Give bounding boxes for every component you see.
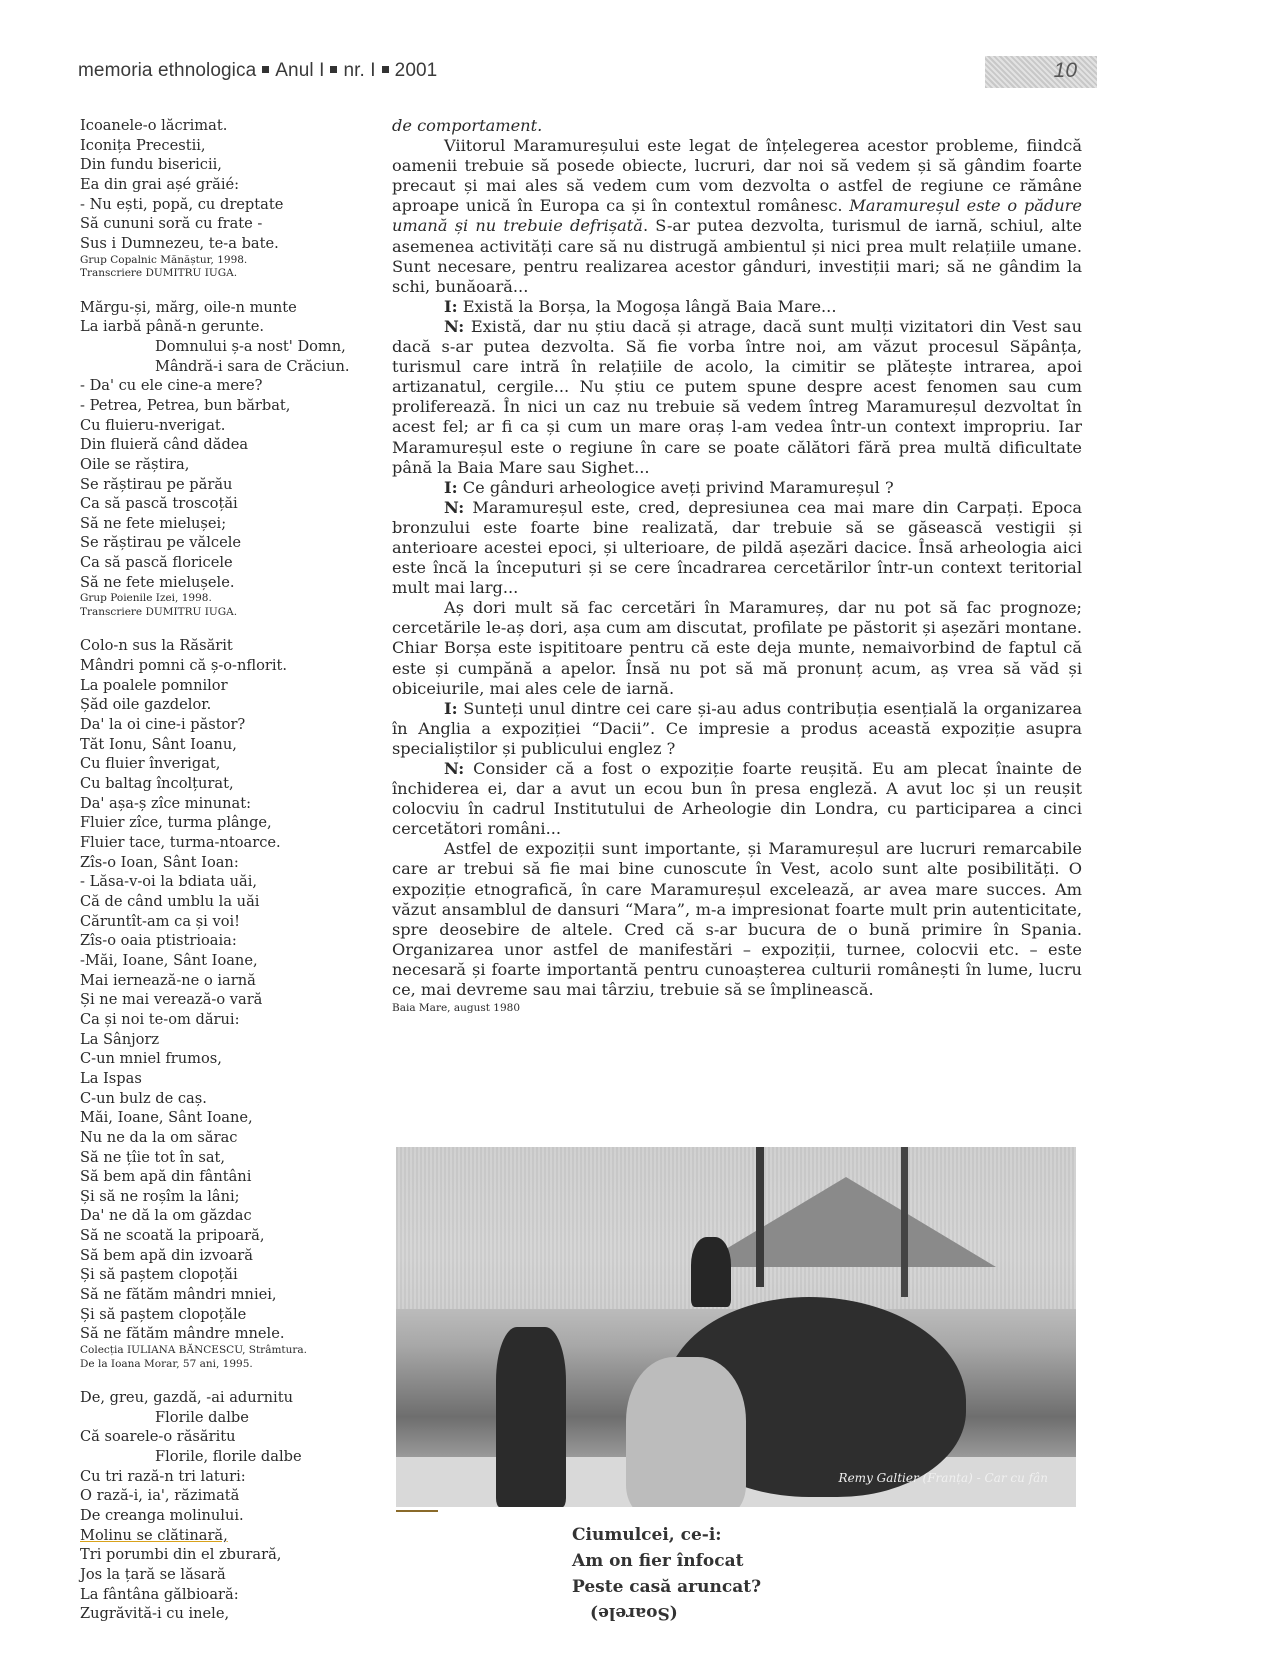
- poem-line: Zîs-o Ioan, Sânt Ioan:: [80, 853, 370, 873]
- house-roof-shape: [696, 1177, 996, 1267]
- interviewer-question: I: Există la Borșa, la Mogoșa lângă Baia…: [392, 297, 1082, 317]
- poem-line: Să ne fătăm mândri mniei,: [80, 1285, 370, 1305]
- running-header: memoria ethnologicaAnul Inr. I2001: [78, 60, 437, 82]
- interviewee-answer: N: Consider că a fost o expoziție foarte…: [392, 759, 1082, 839]
- poem-line: Mărgu-și, mărg, oile-n munte: [80, 298, 370, 318]
- poem-line: Da' ne dă la om găzdac: [80, 1206, 370, 1226]
- poem-line: De creanga molinului.: [80, 1506, 370, 1526]
- square-bullet-icon: [382, 66, 389, 73]
- poem-line: Zîs-o oaia ptistrioaia:: [80, 931, 370, 951]
- poem-line: -Măi, Ioane, Sânt Ioane,: [80, 951, 370, 971]
- poem-line: Ca să pască floricele: [80, 553, 370, 573]
- poem-line: Zugrăvită-i cu inele,: [80, 1604, 370, 1624]
- interview-paragraph: Aș dori mult să fac cercetări în Maramur…: [392, 598, 1082, 698]
- poem-source: Transcriere DUMITRU IUGA.: [80, 606, 370, 620]
- person-on-hay: [691, 1237, 731, 1307]
- poem-line: Șăd oile gazdelor.: [80, 695, 370, 715]
- man-walking: [496, 1327, 566, 1507]
- year: 2001: [395, 60, 438, 81]
- ox: [626, 1357, 746, 1507]
- poem-line: Să bem apă din izvoară: [80, 1246, 370, 1266]
- poem-1: Icoanele-o lăcrimat. Iconița Precestii, …: [80, 116, 370, 281]
- poem-line: Măi, Ioane, Sânt Ioane,: [80, 1108, 370, 1128]
- poem-line: Și să paștem clopoțăle: [80, 1305, 370, 1325]
- riddle-line: Peste casă aruncat?: [572, 1574, 761, 1600]
- poem-line: Ea din grai așé grăié:: [80, 175, 370, 195]
- poem-line: Tri porumbi din el zburară,: [80, 1545, 370, 1565]
- interviewer-question: I: Sunteți unul dintre cei care și-au ad…: [392, 699, 1082, 759]
- poem-line: Oile se răștira,: [80, 455, 370, 475]
- speaker-n: N:: [444, 759, 464, 778]
- poem-line: La poalele pomnilor: [80, 676, 370, 696]
- poem-line: Nu ne da la om sărac: [80, 1128, 370, 1148]
- interview-column: de comportament. Viitorul Maramureșului …: [392, 116, 1082, 1016]
- poem-line: Fluier zîce, turma plânge,: [80, 813, 370, 833]
- poem-line: Icoanele-o lăcrimat.: [80, 116, 370, 136]
- riddle: Ciumulcei, ce-i: Am on fier înfocat Pest…: [572, 1522, 761, 1626]
- interviewee-answer: N: Există, dar nu știu dacă și atrage, d…: [392, 317, 1082, 478]
- poem-refrain: Florile dalbe: [80, 1408, 370, 1428]
- poem-line: Și să paștem clopoțăi: [80, 1265, 370, 1285]
- interviewee-answer: N: Maramureșul este, cred, depresiunea c…: [392, 498, 1082, 598]
- poem-line: La Sânjorz: [80, 1030, 370, 1050]
- poem-refrain: Domnului ș-a nost' Domn,: [80, 337, 370, 357]
- poems-column: Icoanele-o lăcrimat. Iconița Precestii, …: [80, 116, 370, 1624]
- poem-line: Și ne mai verează-o vară: [80, 990, 370, 1010]
- speaker-i: I:: [444, 297, 458, 316]
- poem-source: Colecția IULIANA BĂNCESCU, Strâmtura.: [80, 1344, 370, 1358]
- poem-line: Să ne fete mielușele.: [80, 573, 370, 593]
- poem-4: De, greu, gazdă, -ai adurnitu Florile da…: [80, 1388, 370, 1624]
- poem-line: Să ne fătăm mândre mnele.: [80, 1324, 370, 1344]
- poem-2: Mărgu-și, mărg, oile-n munte La iarbă pâ…: [80, 298, 370, 620]
- poem-line: Da' așa-ș zîce minunat:: [80, 794, 370, 814]
- poem-line: Că de când umblu la uăi: [80, 892, 370, 912]
- poem-line: Și să ne roșîm la lâni;: [80, 1187, 370, 1207]
- poem-line: Să ne fete mielușei;: [80, 514, 370, 534]
- poem-line: C-un mniel frumos,: [80, 1049, 370, 1069]
- utility-pole: [901, 1147, 908, 1297]
- poem-line: Tăt Ionu, Sânt Ioanu,: [80, 735, 370, 755]
- riddle-line: Ciumulcei, ce-i:: [572, 1522, 761, 1548]
- page-number-box: 10: [985, 56, 1097, 88]
- poem-line: De, greu, gazdă, -ai adurnitu: [80, 1388, 370, 1408]
- interview-paragraph: Viitorul Maramureșului este legat de înț…: [392, 136, 1082, 297]
- speaker-i: I:: [444, 699, 458, 718]
- poem-line: Jos la țară se lăsară: [80, 1565, 370, 1585]
- poem-line-underlined: Molinu se clătinară,: [80, 1526, 370, 1546]
- poem-source: Grup Poienile Izei, 1998.: [80, 592, 370, 606]
- poem-line: Ca și noi te-om dărui:: [80, 1010, 370, 1030]
- divider: [396, 1510, 438, 1512]
- poem-line: Să ne țîie tot în sat,: [80, 1148, 370, 1168]
- journal-title: memoria ethnologica: [78, 60, 256, 81]
- interviewer-question: I: Ce gânduri arheologice aveți privind …: [392, 478, 1082, 498]
- poem-line: La fântâna gălbioară:: [80, 1585, 370, 1605]
- year-label: Anul I: [275, 60, 324, 81]
- speaker-i: I:: [444, 478, 458, 497]
- poem-line: Sus i Dumnezeu, te-a bate.: [80, 234, 370, 254]
- riddle-line: Am on fier înfocat: [572, 1548, 761, 1574]
- poem-line: O rază-i, ia', răzimată: [80, 1486, 370, 1506]
- poem-line: Că soarele-o răsăritu: [80, 1427, 370, 1447]
- poem-line: Da' la oi cine-i păstor?: [80, 715, 370, 735]
- poem-line: - Lăsa-v-oi la bdiata uăi,: [80, 872, 370, 892]
- poem-line: - Nu ești, popă, cu dreptate: [80, 195, 370, 215]
- poem-source: De la Ioana Morar, 57 ani, 1995.: [80, 1358, 370, 1372]
- page-number: 10: [1054, 59, 1077, 83]
- square-bullet-icon: [262, 66, 269, 73]
- poem-line: Cu baltag încolțurat,: [80, 774, 370, 794]
- poem-line: Să ne scoată la pripoară,: [80, 1226, 370, 1246]
- poem-line: C-un bulz de caș.: [80, 1089, 370, 1109]
- photo-ox-cart: Remy Galtier (Franța) - Car cu fân: [396, 1147, 1076, 1507]
- poem-line: Se răștirau pe vălcele: [80, 533, 370, 553]
- issue-label: nr. I: [343, 60, 375, 81]
- poem-line: Cu tri rază-n tri laturi:: [80, 1467, 370, 1487]
- utility-pole: [756, 1147, 764, 1287]
- poem-line: Ca să pască troscoțăi: [80, 494, 370, 514]
- interview-paragraph: Astfel de expoziții sunt importante, și …: [392, 839, 1082, 1000]
- poem-source: Transcriere DUMITRU IUGA.: [80, 267, 370, 281]
- riddle-answer-inverted: (Soarele): [590, 1600, 678, 1626]
- poem-line: Să bem apă din fântâni: [80, 1167, 370, 1187]
- poem-line: Căruntît-am ca și voi!: [80, 912, 370, 932]
- poem-line: Se răștirau pe părău: [80, 475, 370, 495]
- poem-line: Din fluieră când dădea: [80, 435, 370, 455]
- poem-line: Iconița Precestii,: [80, 136, 370, 156]
- poem-source: Grup Copalnic Mănăștur, 1998.: [80, 254, 370, 268]
- poem-line: Fluier tace, turma-ntoarce.: [80, 833, 370, 853]
- poem-line: Cu fluier înverigat,: [80, 754, 370, 774]
- photo-caption: Remy Galtier (Franța) - Car cu fân: [839, 1471, 1048, 1485]
- poem-refrain: Mândră-i sara de Crăciun.: [80, 357, 370, 377]
- poem-line: Cu fluieru-nverigat.: [80, 416, 370, 436]
- speaker-n: N:: [444, 498, 464, 517]
- poem-refrain: Florile, florile dalbe: [80, 1447, 370, 1467]
- square-bullet-icon: [330, 66, 337, 73]
- poem-line: La iarbă până-n gerunte.: [80, 317, 370, 337]
- poem-line: Mai iernează-ne o iarnă: [80, 971, 370, 991]
- place-date: Baia Mare, august 1980: [392, 1000, 1082, 1016]
- poem-line: Să cununi soră cu frate -: [80, 214, 370, 234]
- speaker-n: N:: [444, 317, 464, 336]
- poem-line: - Da' cu ele cine-a mere?: [80, 376, 370, 396]
- interview-opening: de comportament.: [392, 116, 1082, 136]
- poem-3: Colo-n sus la Răsărit Mândri pomni că ș-…: [80, 636, 370, 1371]
- poem-line: La Ispas: [80, 1069, 370, 1089]
- poem-line: Colo-n sus la Răsărit: [80, 636, 370, 656]
- poem-line: - Petrea, Petrea, bun bărbat,: [80, 396, 370, 416]
- poem-line: Din fundu bisericii,: [80, 155, 370, 175]
- poem-line: Mândri pomni că ș-o-nflorit.: [80, 656, 370, 676]
